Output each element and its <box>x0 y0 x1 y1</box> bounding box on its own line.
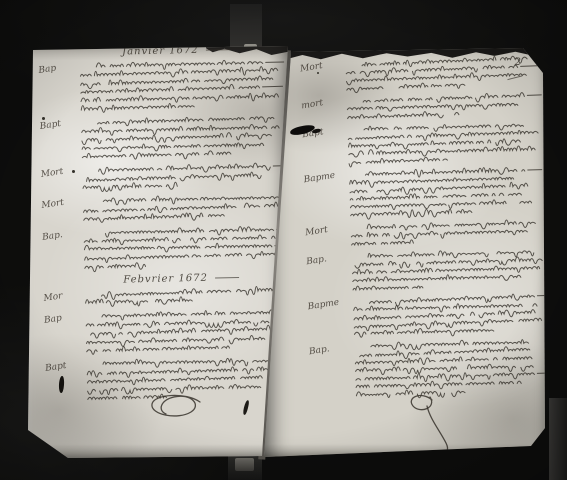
entry-type-label: Mor <box>43 287 86 304</box>
left-page: Janvier 1672BapBaptMortMortBap.Febvrier … <box>28 46 290 460</box>
entry-text-lines <box>81 113 280 160</box>
entry-type-label: Bapme <box>307 294 354 312</box>
entry-type-label: Mort <box>41 194 84 211</box>
month-header-text: Febvrier 1672 <box>123 272 208 285</box>
entry-text-lines <box>84 224 283 271</box>
entry-type-label: Bap. <box>308 339 355 357</box>
entry-text-lines <box>82 161 281 192</box>
register-entry: Bapme <box>303 164 537 220</box>
handwriting-line <box>84 210 282 223</box>
entry-text-lines <box>348 119 536 166</box>
register-entry: Mort <box>300 53 534 93</box>
left-page-content: Janvier 1672BapBaptMortMortBap.Febvrier … <box>28 41 299 461</box>
handwriting-line <box>88 390 286 403</box>
entry-type-label: Bapt <box>44 357 87 374</box>
entry-type-label: Bapt <box>301 122 348 140</box>
register-entry: Mort <box>41 192 282 224</box>
header-flourish-dash <box>215 277 239 279</box>
entry-text-lines <box>349 164 537 219</box>
handwriting-line <box>85 258 283 271</box>
month-header-text: Janvier 1672 <box>122 45 199 58</box>
handwriting-line <box>356 385 543 399</box>
register-entry: Bap <box>38 57 279 114</box>
register-entry: Mort <box>41 161 282 193</box>
header-flourish-dash <box>206 49 230 51</box>
book-spine-bottom-tab <box>235 458 254 471</box>
entry-text-lines <box>353 291 541 338</box>
entry-text-lines <box>87 355 286 402</box>
entry-type-label: Mort <box>40 163 83 180</box>
entry-type-label: Bap <box>38 59 81 76</box>
page-edge-remnant <box>549 398 567 480</box>
entry-text-lines <box>347 90 535 121</box>
entry-text-lines <box>346 53 534 92</box>
right-page-content: MortmortBaptBapmeMortBap.BapmeBap. <box>261 39 559 462</box>
entry-type-label: Bap. <box>41 226 84 243</box>
manuscript-scan: Janvier 1672BapBaptMortMortBap.Febvrier … <box>0 0 567 480</box>
register-entry: Mor <box>43 285 283 308</box>
entry-type-label: Bap. <box>305 249 352 267</box>
register-entry: Bapt <box>45 355 286 403</box>
handwriting-line <box>87 342 285 355</box>
right-page: 2 MortmortBaptBapmeMortBap.BapmeBap. <box>262 46 547 460</box>
entry-text-lines <box>86 307 285 354</box>
register-entry: Bapt <box>39 113 280 161</box>
entry-type-label: Bapt <box>39 115 82 132</box>
entry-type-label: Bapme <box>303 167 350 185</box>
register-entry: Bap. <box>309 336 544 400</box>
entry-type-label: Mort <box>305 220 352 238</box>
register-entry: Bap <box>44 307 285 355</box>
entry-text-lines <box>355 336 544 399</box>
entry-text-lines <box>83 192 282 223</box>
entry-text-lines <box>80 57 279 113</box>
entry-type-label: Bap <box>43 309 86 326</box>
register-entry: Bapt <box>302 119 536 167</box>
entry-text-lines <box>85 285 283 307</box>
entry-text-lines <box>351 217 539 248</box>
entry-type-label: Mort <box>299 57 346 75</box>
entry-text-lines <box>352 246 540 293</box>
entry-type-label: mort <box>301 93 348 111</box>
register-entry: Bap. <box>306 246 540 294</box>
register-entry: Bapme <box>307 291 541 339</box>
register-entry: Bap. <box>42 224 283 272</box>
